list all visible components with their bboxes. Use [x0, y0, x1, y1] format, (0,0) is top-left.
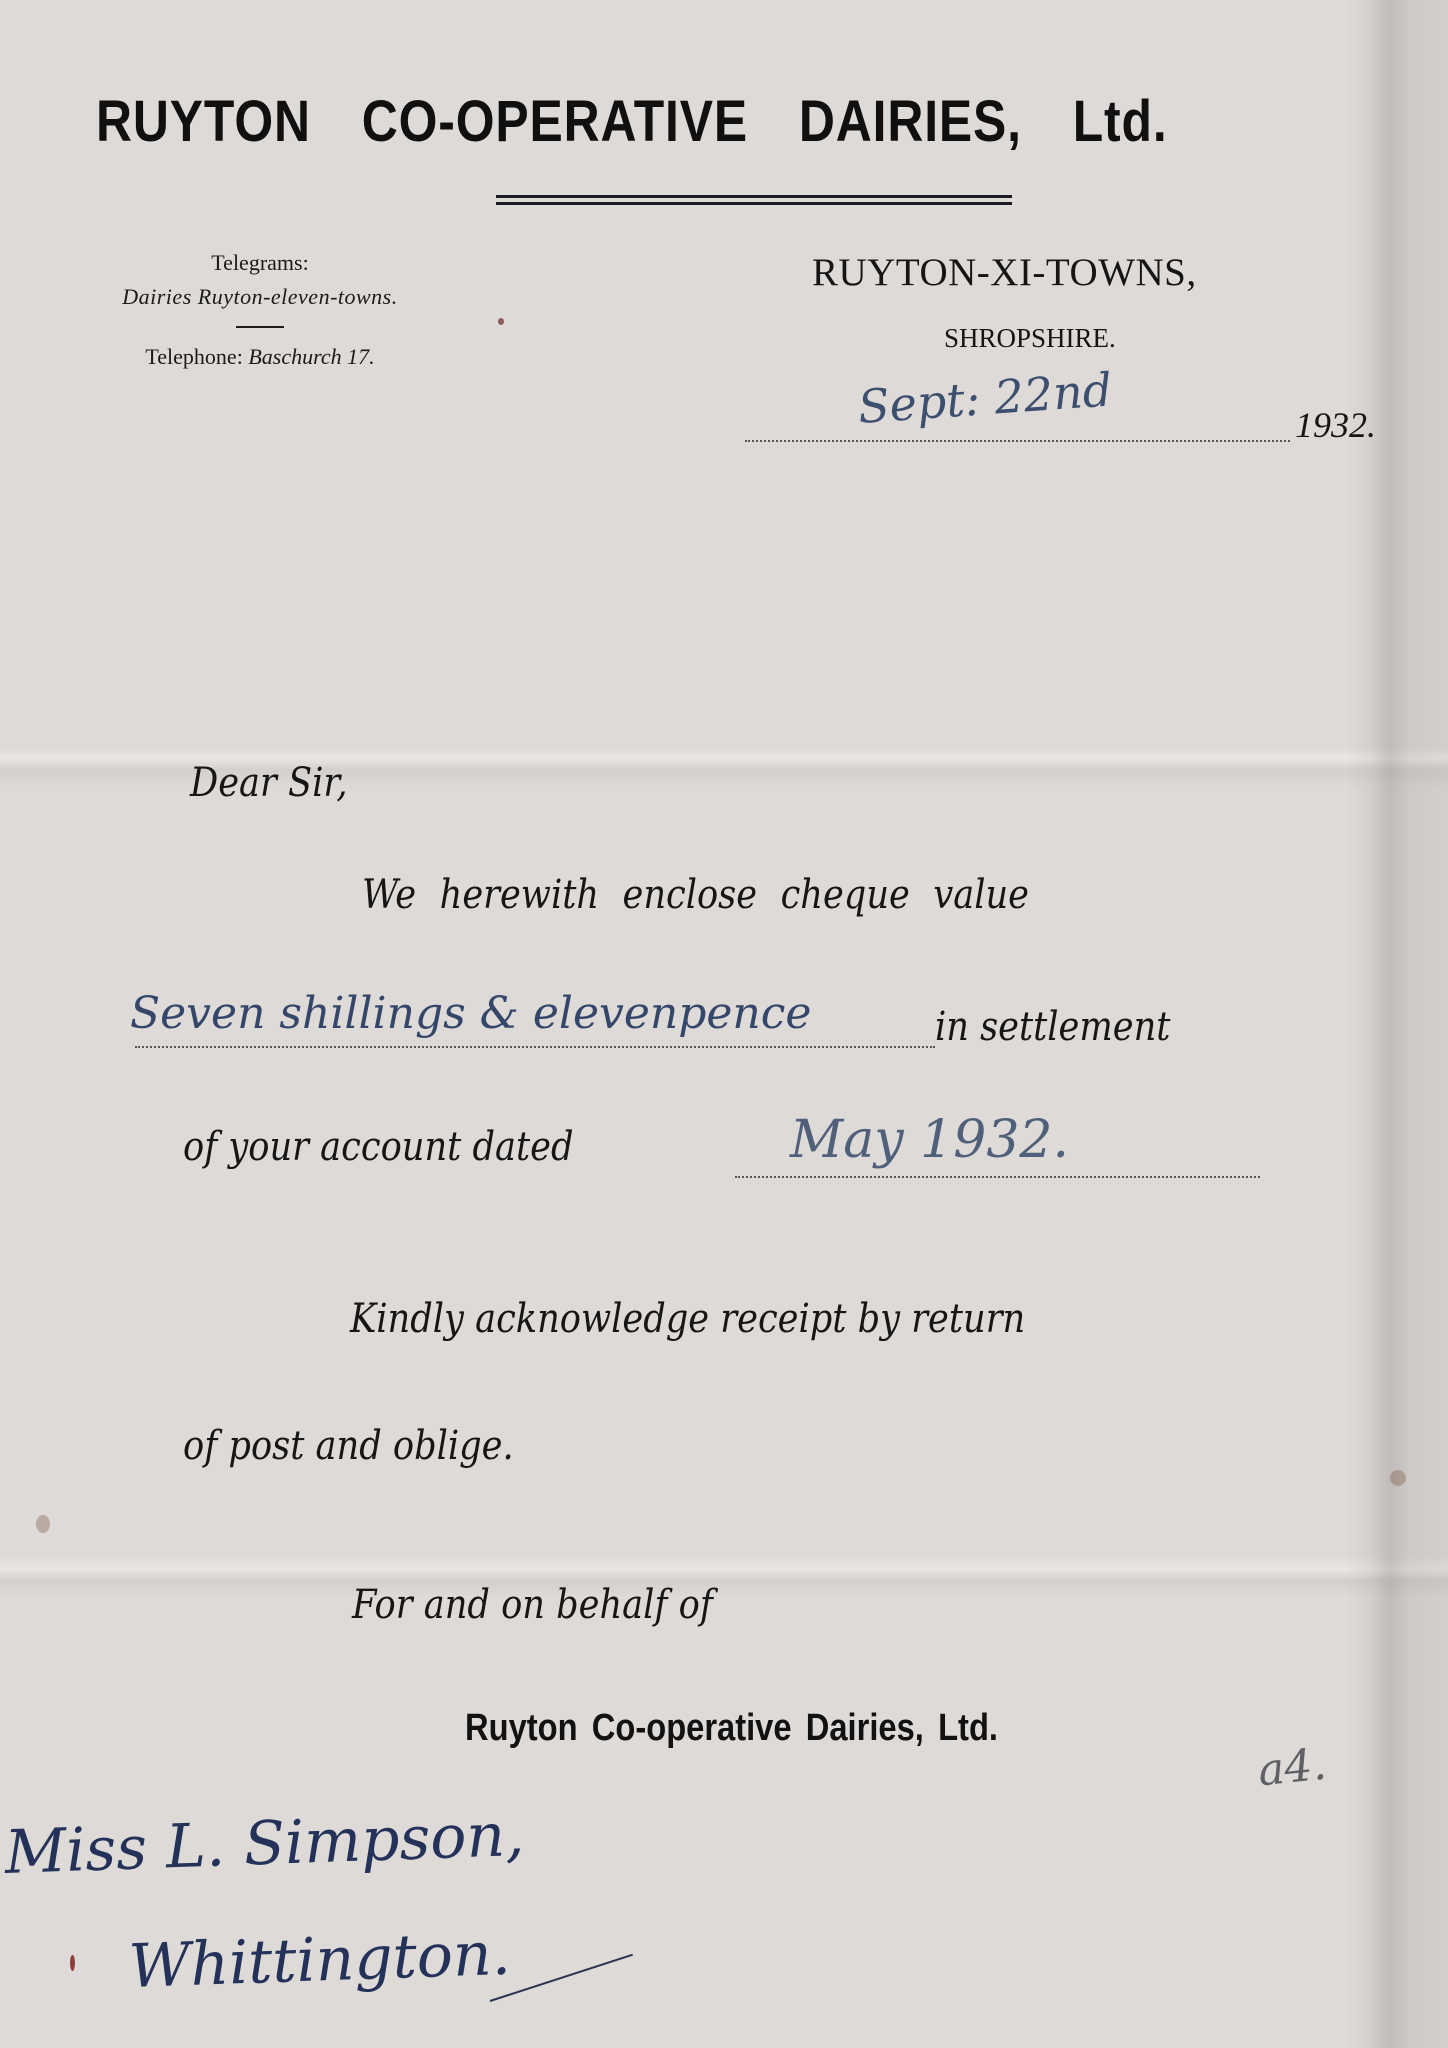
telephone-label: Telephone:	[145, 344, 242, 369]
date-year: 1932.	[1295, 404, 1376, 446]
address-county: SHROPSHIRE.	[944, 323, 1116, 354]
body-line-oblige: of post and oblige.	[183, 1423, 514, 1469]
short-divider	[236, 326, 284, 328]
ink-spot	[70, 1955, 75, 1971]
closing-line: For and on behalf of	[352, 1582, 713, 1628]
body-line-settlement: in settlement	[935, 1004, 1170, 1050]
telegrams-block: Telegrams: Dairies Ruyton-eleven-towns. …	[50, 250, 470, 370]
double-rule-divider	[496, 195, 1012, 205]
date-dotted-line	[745, 440, 1290, 442]
address-town: RUYTON-XI-TOWNS,	[812, 250, 1197, 295]
body-line-account-dated: of your account dated	[183, 1124, 573, 1170]
body-line-enclose-cheque: We herewith enclose cheque value	[362, 872, 1029, 918]
account-date-handwritten: May 1932.	[790, 1110, 1069, 1170]
company-title: RUYTON CO-OPERATIVE DAIRIES, Ltd.	[96, 88, 1197, 155]
initials-handwritten: a4.	[1256, 1739, 1329, 1797]
amount-handwritten: Seven shillings & elevenpence	[130, 988, 811, 1039]
foxing-spot	[1390, 1470, 1406, 1486]
ink-spot	[498, 318, 504, 325]
signature-company: Ruyton Co-operative Dairies, Ltd.	[465, 1707, 998, 1750]
paper-fold	[1370, 0, 1410, 2048]
telegrams-label: Telegrams:	[50, 250, 470, 276]
telephone-line: Telephone: Baschurch 17.	[50, 344, 470, 370]
telegrams-address: Dairies Ruyton-eleven-towns.	[50, 284, 470, 310]
telephone-value: Baschurch 17.	[248, 344, 374, 369]
salutation: Dear Sir,	[190, 760, 348, 806]
body-line-acknowledge: Kindly acknowledge receipt by return	[350, 1296, 1025, 1342]
addressee-town: Whittington.	[128, 1919, 512, 2002]
foxing-spot	[36, 1515, 50, 1533]
